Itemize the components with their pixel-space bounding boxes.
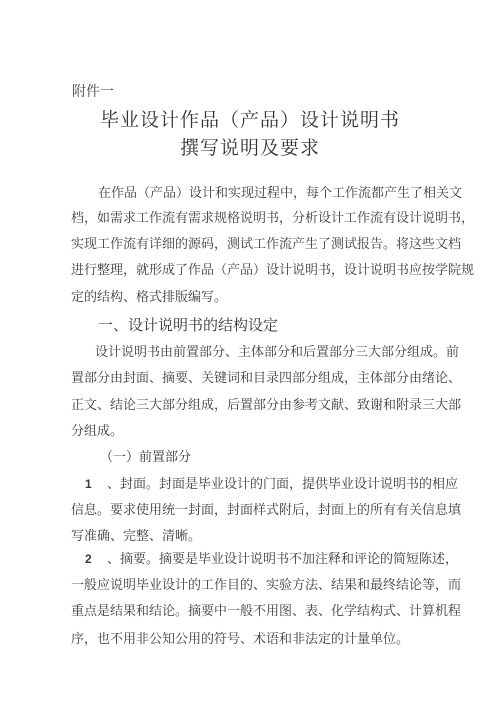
document-page: 附件一 毕业设计作品（产品）设计说明书 撰写说明及要求 在作品（产品）设计和实现…: [0, 0, 500, 708]
section-heading: 一、设计说明书的结构设定: [98, 316, 278, 334]
document-title-line2: 撰写说明及要求: [0, 136, 500, 160]
attachment-label: 附件一: [72, 84, 114, 100]
list-item-first-line: 2、摘要。摘要是毕业设计说明书不加注释和评论的简短陈述，: [85, 551, 458, 568]
intro-line: 在作品（产品）设计和实现过程中，每个工作流都产生了相关文: [98, 186, 462, 202]
intro-line: 定的结构、格式排版编写。: [71, 290, 227, 306]
list-item-first-line: 1、封面。封面是毕业设计的门面，提供毕业设计说明书的相应: [85, 476, 458, 493]
list-item-line: 序，也不用非公知公用的符号、术语和非法定的计量单位。: [71, 632, 409, 648]
subsection-heading: （一）前置部分: [100, 450, 191, 466]
section1-line: 分组成。: [71, 424, 123, 440]
section1-line: 置部分由封面、摘要、关键词和目录四部分组成，主体部分由绪论、: [71, 371, 461, 387]
list-item-line: 一般应说明毕业设计的工作目的、实验方法、结果和最终结论等，而: [71, 578, 461, 594]
intro-line: 进行整理，就形成了作品（产品）设计说明书，设计说明书应按学院规: [71, 263, 474, 279]
section1-line: 设计说明书由前置部分、主体部分和后置部分三大部分组成。前: [95, 345, 459, 361]
intro-line: 档，如需求工作流有需求规格说明书，分析设计工作流有设计说明书，: [71, 211, 474, 227]
section1-line: 正文、结论三大部分组成，后置部分由参考文献、致谢和附录三大部: [71, 398, 461, 414]
item-number: 2: [85, 551, 107, 567]
intro-line: 实现工作流有详细的源码，测试工作流产生了测试报告。将这些文档: [71, 237, 461, 253]
list-item-line: 重点是结果和结论。摘要中一般不用图、表、化学结构式、计算机程: [71, 604, 461, 620]
document-title-line1: 毕业设计作品（产品）设计说明书: [0, 108, 500, 132]
list-item-line: 写准确、完整、清晰。: [71, 529, 201, 545]
item-number: 1: [85, 476, 107, 492]
list-item-line: 信息。要求使用统一封面，封面样式附后，封面上的所有有关信息填: [71, 503, 461, 519]
